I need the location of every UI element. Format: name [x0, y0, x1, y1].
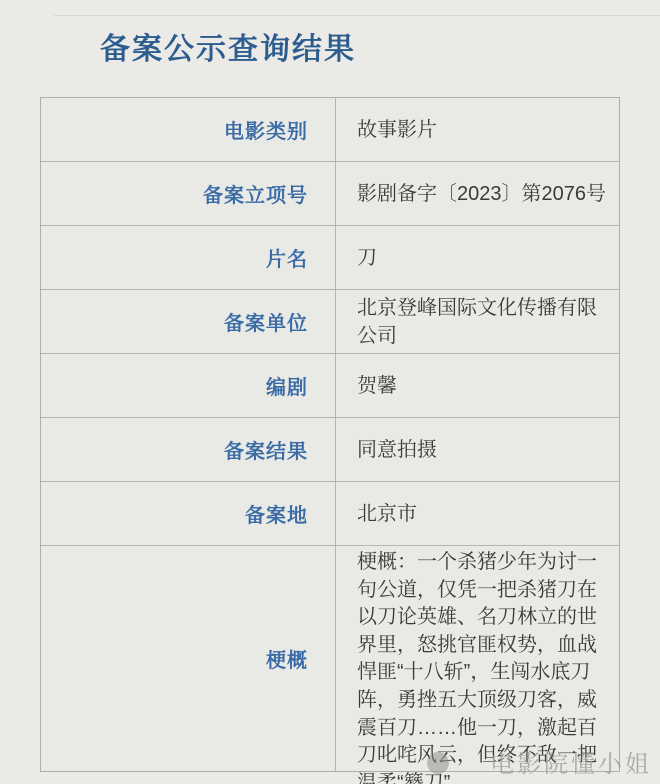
field-value-synopsis: 梗概：一个杀猪少年为讨一句公道，仅凭一把杀猪刀在以刀论英雄、名刀林立的世界里，怒… — [336, 546, 619, 771]
field-label-synopsis: 梗概 — [41, 546, 336, 771]
field-value-screenwriter: 贺馨 — [336, 354, 619, 417]
watermark-logo-icon — [427, 752, 449, 774]
field-value-film-title: 刀 — [336, 226, 619, 289]
field-label-filing-unit: 备案单位 — [41, 290, 336, 353]
field-value-filing-location: 北京市 — [336, 482, 619, 545]
field-value-film-category: 故事影片 — [336, 98, 619, 161]
table-row-screenwriter: 编剧 贺馨 — [41, 354, 619, 418]
table-row-film-category: 电影类别 故事影片 — [41, 98, 619, 162]
field-value-filing-unit: 北京登峰国际文化传播有限公司 — [336, 290, 619, 353]
table-row-filing-result: 备案结果 同意拍摄 — [41, 418, 619, 482]
field-label-filing-number: 备案立项号 — [41, 162, 336, 225]
field-label-filing-location: 备案地 — [41, 482, 336, 545]
watermark-text: 电影院懂小姐 — [490, 744, 652, 779]
field-label-screenwriter: 编剧 — [41, 354, 336, 417]
field-value-filing-result: 同意拍摄 — [336, 418, 619, 481]
field-value-filing-number: 影剧备字〔2023〕第2076号 — [336, 162, 619, 225]
field-label-film-category: 电影类别 — [41, 98, 336, 161]
table-row-filing-unit: 备案单位 北京登峰国际文化传播有限公司 — [41, 290, 619, 354]
table-row-filing-location: 备案地 北京市 — [41, 482, 619, 546]
card-top-edge — [54, 15, 660, 16]
field-label-film-title: 片名 — [41, 226, 336, 289]
table-row-film-title: 片名 刀 — [41, 226, 619, 290]
table-row-filing-number: 备案立项号 影剧备字〔2023〕第2076号 — [41, 162, 619, 226]
field-label-filing-result: 备案结果 — [41, 418, 336, 481]
page-title: 备案公示查询结果 — [100, 24, 356, 68]
table-row-synopsis: 梗概 梗概：一个杀猪少年为讨一句公道，仅凭一把杀猪刀在以刀论英雄、名刀林立的世界… — [41, 546, 619, 771]
filing-result-table: 电影类别 故事影片 备案立项号 影剧备字〔2023〕第2076号 片名 刀 备案… — [40, 97, 620, 772]
